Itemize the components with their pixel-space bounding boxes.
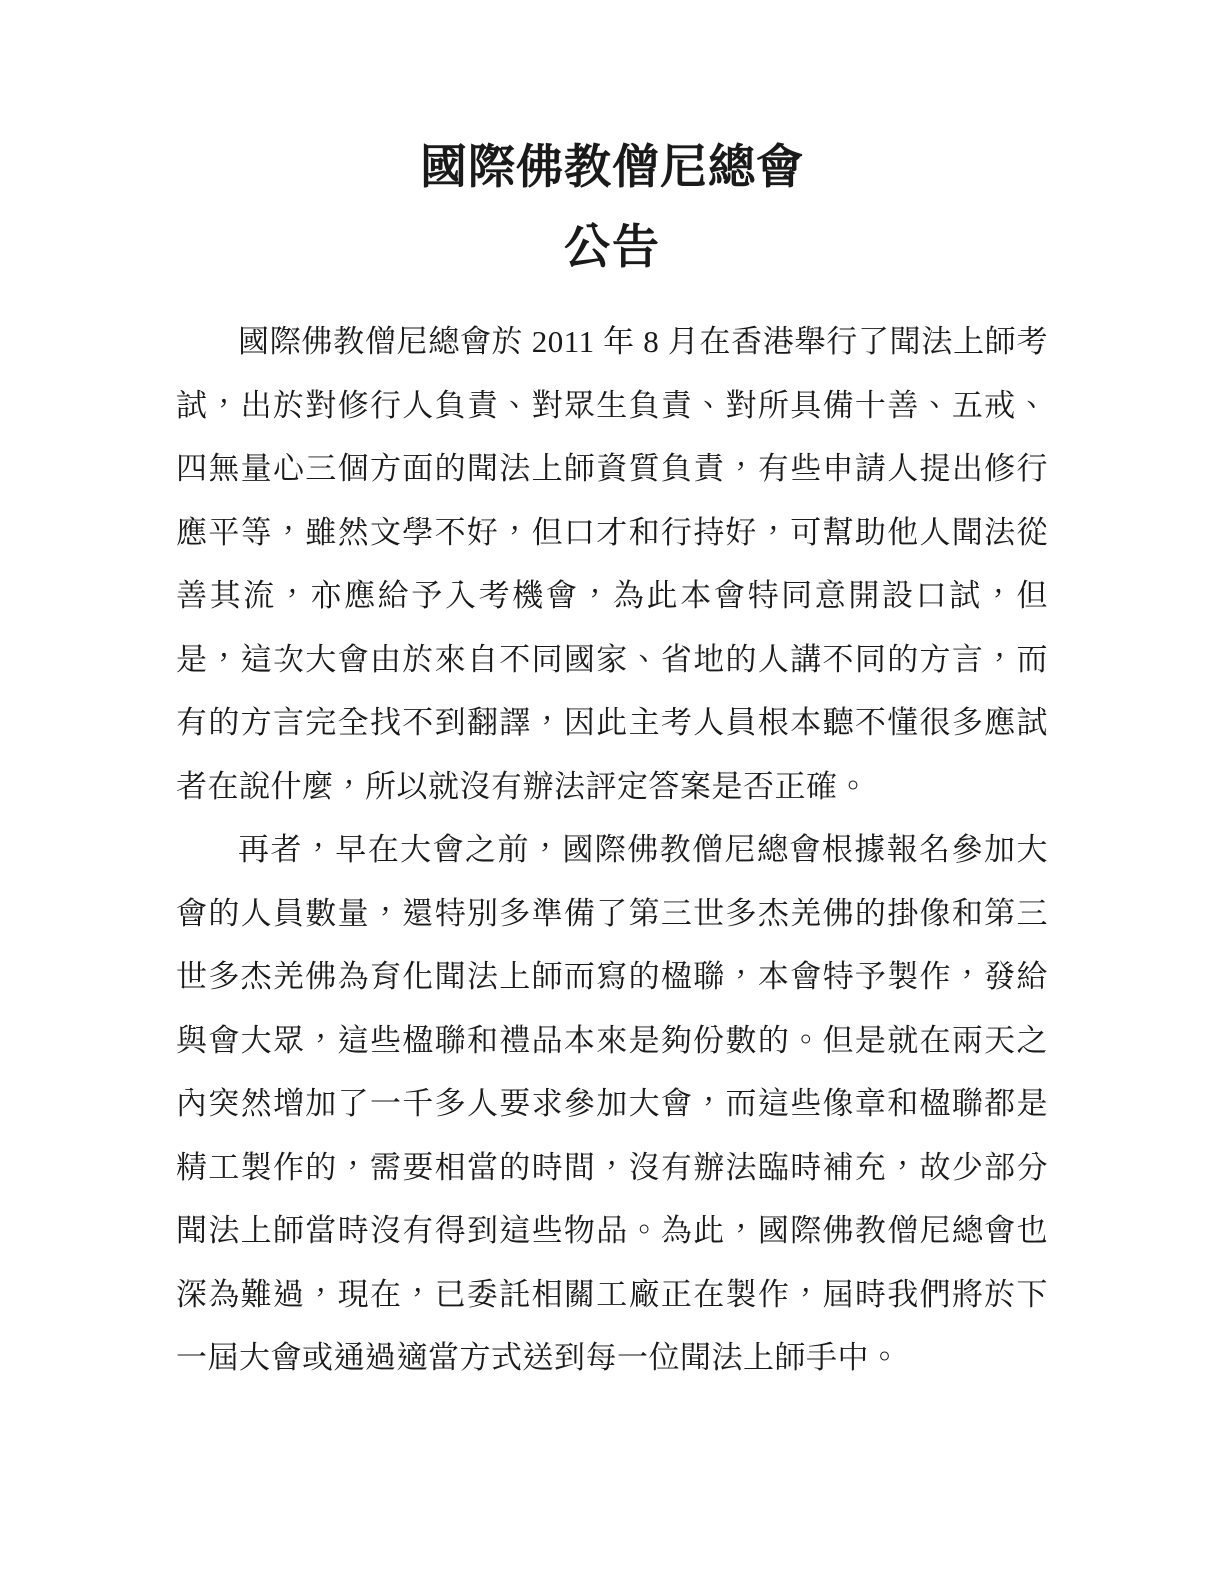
document-page: 國際佛教僧尼總會 公告 國際佛教僧尼總會於 2011 年 8 月在香港舉行了聞法… bbox=[0, 0, 1224, 1584]
announcement-subtitle: 公告 bbox=[176, 208, 1048, 288]
document-title-block: 國際佛教僧尼總會 公告 bbox=[176, 128, 1048, 288]
paragraph-gifts: 再者，早在大會之前，國際佛教僧尼總會根據報名參加大會的人員數量，還特別多準備了第… bbox=[176, 818, 1048, 1390]
organization-title: 國際佛教僧尼總會 bbox=[176, 128, 1048, 208]
document-body: 國際佛教僧尼總會於 2011 年 8 月在香港舉行了聞法上師考試，出於對修行人負… bbox=[176, 310, 1048, 1390]
paragraph-exam: 國際佛教僧尼總會於 2011 年 8 月在香港舉行了聞法上師考試，出於對修行人負… bbox=[176, 310, 1048, 818]
